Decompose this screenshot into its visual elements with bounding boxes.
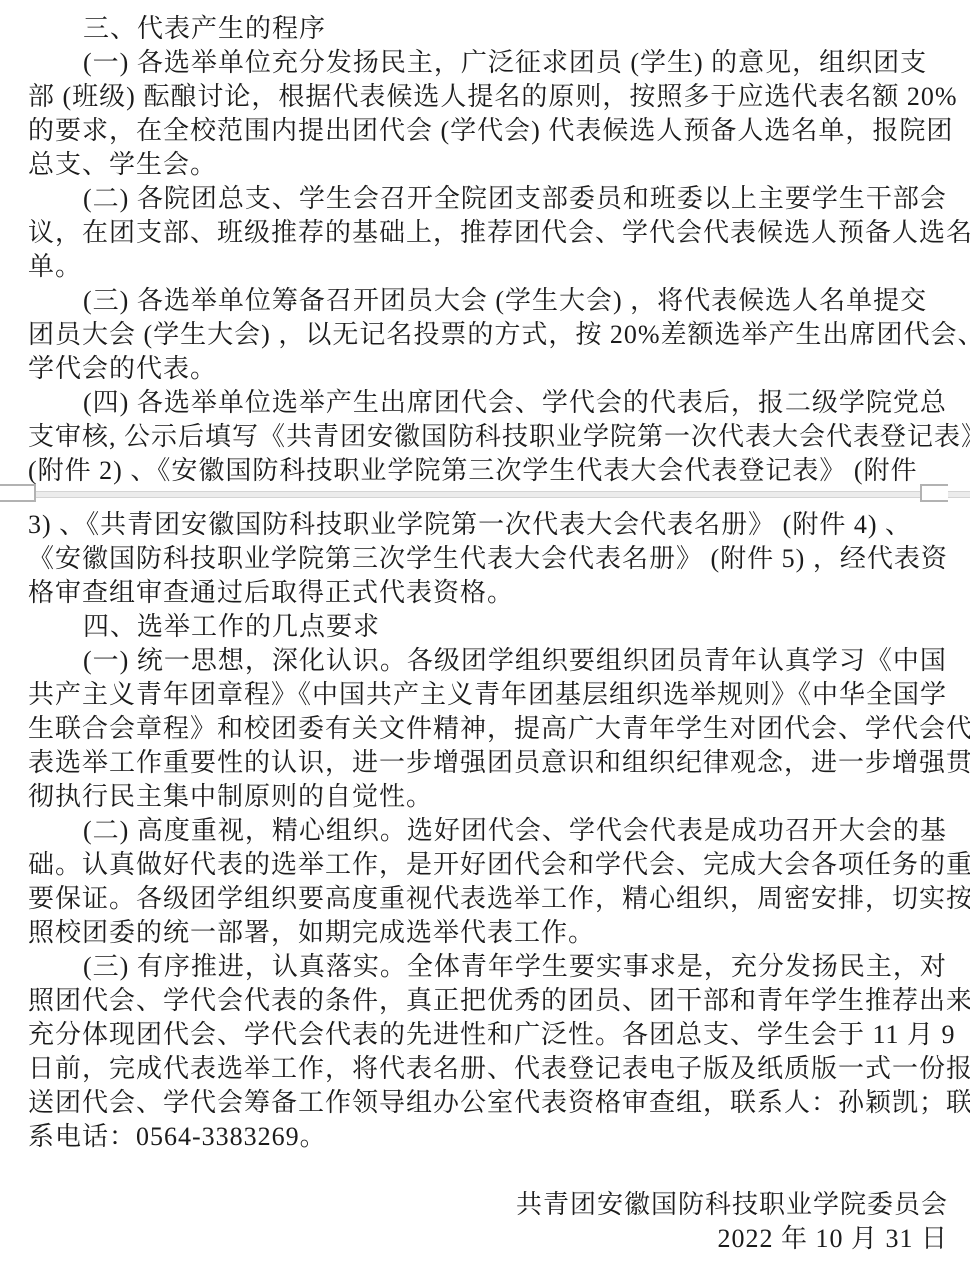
body-text-line: (二) 高度重视，精心组织。选好团代会、学代会代表是成功召开大会的基 [28, 814, 970, 848]
page-break-divider [0, 488, 970, 508]
body-text-line: (三) 有序推进，认真落实。全体青年学生要实事求是，充分发扬民主，对 [28, 950, 970, 984]
body-text-line: 议，在团支部、班级推荐的基础上，推荐团代会、学代会代表候选人预备人选名 [28, 216, 970, 250]
body-text-line: 彻执行民主集中制原则的自觉性。 [28, 780, 970, 814]
body-text-line: (三) 各选举单位筹备召开团员大会 (学生大会) ，将代表候选人名单提交 [28, 284, 970, 318]
body-text-line: 《安徽国防科技职业学院第三次学生代表大会代表名册》 (附件 5) ，经代表资 [28, 542, 970, 576]
page-edge-marker-left [0, 484, 36, 502]
body-text-line: 表选举工作重要性的认识，进一步增强团员意识和组织纪律观念，进一步增强贯 [28, 746, 970, 780]
body-text-line: 生联合会章程》和校团委有关文件精神，提高广大青年学生对团代会、学代会代 [28, 712, 970, 746]
body-text-line: (附件 2) 、《安徽国防科技职业学院第三次学生代表大会代表登记表》 (附件 [28, 454, 970, 488]
body-text-line: 照团代会、学代会代表的条件，真正把优秀的团员、团干部和青年学生推荐出来， [28, 984, 970, 1018]
body-text-line: 团员大会 (学生大会) ，以无记名投票的方式，按 20%差额选举产生出席团代会、 [28, 318, 970, 352]
body-text-line: 础。认真做好代表的选举工作，是开好团代会和学代会、完成大会各项任务的重 [28, 848, 970, 882]
body-text-line: 支审核, 公示后填写《共青团安徽国防科技职业学院第一次代表大会代表登记表》 [28, 420, 970, 454]
signature-org: 共青团安徽国防科技职业学院委员会 [28, 1188, 948, 1222]
body-text-line: 送团代会、学代会筹备工作领导组办公室代表资格审查组，联系人：孙颖凯；联 [28, 1086, 970, 1120]
body-text-line: 充分体现团代会、学代会代表的先进性和广泛性。各团总支、学生会于 11 月 9 [28, 1018, 970, 1052]
body-text-line: 学代会的代表。 [28, 352, 970, 386]
body-text-line: 日前，完成代表选举工作，将代表名册、代表登记表电子版及纸质版一式一份报 [28, 1052, 970, 1086]
body-text-line: (二) 各院团总支、学生会召开全院团支部委员和班委以上主要学生干部会 [28, 182, 970, 216]
body-text-line: 单。 [28, 250, 970, 284]
body-text-line: 格审查组审查通过后取得正式代表资格。 [28, 576, 970, 610]
body-text-line: 共产主义青年团章程》《中国共产主义青年团基层组织选举规则》《中华全国学 [28, 678, 970, 712]
blank-line [28, 1154, 970, 1188]
document-page: 三、代表产生的程序 (一) 各选举单位充分发扬民主，广泛征求团员 (学生) 的意… [0, 0, 970, 1256]
body-text-line: 照校团委的统一部署，如期完成选举代表工作。 [28, 916, 970, 950]
heading-section-3: 三、代表产生的程序 [28, 12, 970, 46]
page-gap-band [0, 491, 970, 498]
heading-section-4: 四、选举工作的几点要求 [28, 610, 970, 644]
body-text-line: 要保证。各级团学组织要高度重视代表选举工作，精心组织，周密安排，切实按 [28, 882, 970, 916]
body-text-line: 部 (班级) 酝酿讨论，根据代表候选人提名的原则，按照多于应选代表名额 20% [28, 80, 970, 114]
body-text-line: 的要求，在全校范围内提出团代会 (学代会) 代表候选人预备人选名单，报院团 [28, 114, 970, 148]
body-text-line: (四) 各选举单位选举产生出席团代会、学代会的代表后，报二级学院党总 [28, 386, 970, 420]
body-text-line: (一) 统一思想，深化认识。各级团学组织要组织团员青年认真学习《中国 [28, 644, 970, 678]
signature-date: 2022 年 10 月 31 日 [28, 1222, 948, 1256]
body-text-line: 总支、学生会。 [28, 148, 970, 182]
body-text-line: (一) 各选举单位充分发扬民主，广泛征求团员 (学生) 的意见，组织团支 [28, 46, 970, 80]
body-text-line: 系电话：0564-3383269。 [28, 1120, 970, 1154]
page-edge-marker-right [920, 484, 948, 502]
body-text-line: 3) 、《共青团安徽国防科技职业学院第一次代表大会代表名册》 (附件 4) 、 [28, 508, 970, 542]
